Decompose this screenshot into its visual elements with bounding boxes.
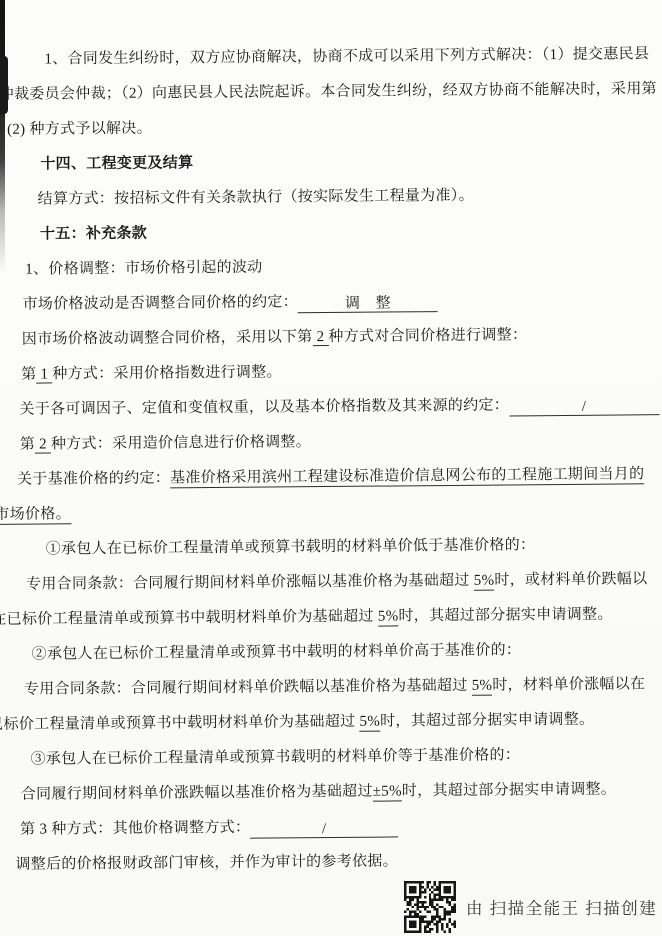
underlined-value: 基准价格采用滨州工程建设标准造价信息网公布的工程施工期间当月的: [170, 466, 644, 488]
paragraph-text: ②承包人在已标价工程量清单或预算书中载明的材料单价高于基准价的：: [32, 642, 522, 662]
paragraph-text: 市场价格波动是否调整合同价格的约定：: [22, 294, 298, 312]
paragraph-method-2: 第2种方式：采用造价信息进行价格调整。: [20, 428, 662, 456]
paragraph-text: 时，其超过部分据实申请调整。: [398, 607, 612, 625]
paragraph-dispute-resolution-2: 仲裁委员会仲裁；（2）向惠民县人民法院起诉。本合同发生纠纷，经双方协商不能解决时…: [0, 78, 659, 106]
scan-edge-artifact: [0, 0, 5, 272]
paragraph-text: 种方式：采用价格指数进行调整。: [52, 364, 282, 382]
paragraph-text: 在已标价工程量清单或预算书中载明材料单价为基础超过: [0, 609, 378, 628]
paragraph-factors-agreement: 关于各可调因子、定值和变值权重，以及基本价格指数及其来源的约定：/: [19, 393, 661, 421]
paragraph-adjustment-method-selection: 因市场价格波动调整合同价格，采用以下第2种方式对合同价格进行调整：: [22, 323, 661, 351]
paragraph-text: 第: [21, 367, 36, 383]
paragraph-dispute-resolution-3: (2) 种方式予以解决。: [7, 113, 659, 141]
paragraph-text: 第: [20, 437, 35, 453]
paragraph-text: 时，其超过部分据实申请调整。: [380, 712, 594, 730]
underlined-method-number: 2: [35, 436, 51, 453]
fill-in-blank-slash: /: [509, 395, 659, 416]
paragraph-base-price-agreement-cont: 市场价格。: [0, 498, 662, 526]
paragraph-clause-2: ②承包人在已标价工程量清单或预算书中载明的材料单价高于基准价的：: [32, 638, 662, 666]
document-body: 1、合同发生纠纷时，双方应协商解决，协商不成可以采用下列方式解决：（1）提交惠民…: [0, 0, 662, 889]
paragraph-text: 调整后的价格报财政部门审核，并作为审计的参考依据。: [15, 853, 398, 872]
scanned-contract-page: 1、合同发生纠纷时，双方应协商解决，协商不成可以采用下列方式解决：（1）提交惠民…: [0, 0, 662, 936]
fill-in-blank-adjust: 调 整: [298, 292, 438, 313]
heading-text: 十四、工程变更及结算: [40, 155, 193, 172]
underlined-value: 5%: [378, 608, 399, 626]
underlined-value: 市场价格。: [0, 506, 71, 525]
paragraph-clause-3-terms: 合同履行期间材料单价涨跌幅以基准价格为基础超过±5%时，其超过部分据实申请调整。: [21, 778, 662, 806]
paragraph-text: 种方式对合同价格进行调整：: [328, 327, 527, 345]
paragraph-text: 已标价工程量清单或预算书中载明材料单价为基础超过: [0, 714, 360, 733]
paragraph-clause-1: ①承包人在已标价工程量清单或预算书载明的材料单价低于基准价格的：: [46, 533, 662, 560]
paragraph-clause-2-terms-cont: 已标价工程量清单或预算书中载明材料单价为基础超过 5%时，其超过部分据实申请调整…: [0, 708, 662, 736]
paragraph-text: 专用合同条款：合同履行期间材料单价涨幅以基准价格为基础超过: [26, 573, 474, 593]
paragraph-clause-2-terms: 专用合同条款：合同履行期间材料单价跌幅以基准价格为基础超过 5%时，材料单价涨幅…: [24, 673, 662, 701]
paragraph-dispute-resolution-1: 1、合同发生纠纷时，双方应协商解决，协商不成可以采用下列方式解决：（1）提交惠民…: [44, 43, 658, 70]
paragraph-text: 因市场价格波动调整合同价格，采用以下第: [22, 329, 313, 348]
underlined-value: 5%: [359, 714, 380, 732]
paragraph-text: 关于各可调因子、定值和变值权重，以及基本价格指数及其来源的约定：: [19, 397, 509, 417]
paragraph-price-fluctuation-agreement: 市场价格波动是否调整合同价格的约定：调 整: [22, 288, 660, 316]
underlined-method-number: 1: [36, 366, 52, 383]
qr-code-icon: [404, 881, 456, 933]
paragraph-text: 时，材料单价涨幅以在: [492, 676, 645, 693]
scan-edge-artifact-bump: [0, 56, 8, 114]
paragraph-method-1: 第1种方式：采用价格指数进行调整。: [21, 358, 661, 386]
paragraph-text: 时，或材料单价跌幅以: [494, 571, 647, 588]
paragraph-text: 仲裁委员会仲裁；（2）向惠民县人民法院起诉。本合同发生纠纷，经双方协商不能解决时…: [0, 81, 657, 103]
paragraph-text: 第 3 种方式：其他价格调整方式：: [20, 820, 250, 838]
paragraph-clause-1-terms-cont: 在已标价工程量清单或预算书中载明材料单价为基础超过 5%时，其超过部分据实申请调…: [0, 603, 662, 631]
paragraph-text: 种方式：采用造价信息进行价格调整。: [51, 434, 311, 452]
underlined-value: 5%: [474, 573, 495, 591]
paragraph-text: 结算方式：按招标文件有关条款执行（按实际发生工程量为准）。: [38, 188, 474, 208]
underlined-value: ±5%: [373, 783, 402, 801]
paragraph-text: 关于基准价格的约定：: [17, 470, 170, 487]
paragraph-settlement-method: 结算方式：按招标文件有关条款执行（按实际发生工程量为准）。: [38, 183, 660, 210]
fill-in-blank-slash: /: [250, 817, 398, 838]
heading-text: 十五：补充条款: [40, 226, 147, 243]
scanner-credit-text: 由 扫描全能王 扫描创建: [466, 895, 657, 919]
underlined-method-number: 2: [312, 329, 328, 346]
paragraph-clause-3: ③承包人在已标价工程量清单或预算书载明的材料单价等于基准价格的：: [30, 743, 662, 771]
heading-article-14: 十四、工程变更及结算: [40, 148, 659, 175]
paragraph-clause-1-terms: 专用合同条款：合同履行期间材料单价涨幅以基准价格为基础超过 5%时，或材料单价跌…: [26, 568, 662, 596]
paragraph-audit-note: 调整后的价格报财政部门审核，并作为审计的参考依据。: [15, 848, 662, 876]
paragraph-text: 专用合同条款：合同履行期间材料单价跌幅以基准价格为基础超过: [24, 678, 472, 698]
underlined-value: 5%: [472, 678, 493, 696]
paragraph-price-adjustment-title: 1、价格调整：市场价格引起的波动: [25, 253, 660, 281]
paragraph-text: (2) 种方式予以解决。: [7, 121, 152, 138]
paragraph-text: 合同履行期间材料单价涨跌幅以基准价格为基础超过: [21, 784, 373, 803]
paragraph-text: ①承包人在已标价工程量清单或预算书载明的材料单价低于基准价格的：: [46, 537, 536, 557]
heading-article-15: 十五：补充条款: [40, 218, 660, 245]
paragraph-text: 1、合同发生纠纷时，双方应协商解决，协商不成可以采用下列方式解决：（1）提交惠民…: [44, 46, 649, 67]
paragraph-method-3: 第 3 种方式：其他价格调整方式：/: [20, 813, 662, 841]
paragraph-text: ③承包人在已标价工程量清单或预算书载明的材料单价等于基准价格的：: [30, 747, 520, 767]
paragraph-text: 时，其超过部分据实申请调整。: [402, 782, 616, 800]
scanner-watermark: 由 扫描全能王 扫描创建: [404, 881, 657, 933]
paragraph-text: 1、价格调整：市场价格引起的波动: [25, 260, 262, 278]
paragraph-base-price-agreement: 关于基准价格的约定：基准价格采用滨州工程建设标准造价信息网公布的工程施工期间当月…: [17, 463, 662, 491]
